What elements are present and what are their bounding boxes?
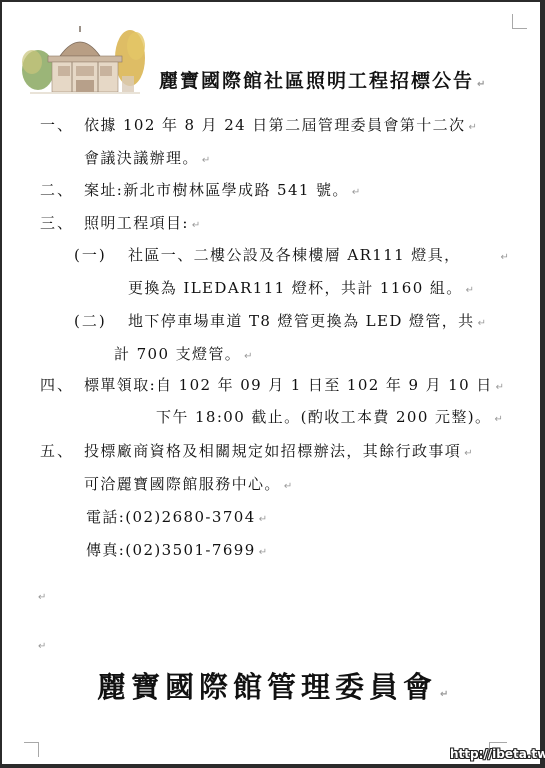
- margin-corner-top-right: [512, 14, 527, 29]
- empty-paragraph: ↵: [38, 635, 48, 653]
- page-title: 麗寶國際館社區照明工程招標公告↵: [159, 66, 487, 93]
- watermark-url: http://ibeta.tw: [450, 747, 545, 761]
- section-number-4: 四、: [40, 374, 74, 395]
- building-illustration-icon: [18, 22, 148, 98]
- section-4-line-1: 標單領取:自 102 年 09 月 1 日至 102 年 9 月 10 日↵: [84, 374, 505, 395]
- section-5-line-2: 可洽麗寶國際館服務中心。↵: [84, 473, 294, 494]
- subitem-2-line-2: 計 700 支燈管。↵: [114, 343, 254, 364]
- contact-phone: 電話:(02)2680-3704↵: [86, 506, 268, 527]
- contact-fax: 傳真:(02)3501-7699↵: [86, 539, 268, 560]
- subitem-2-line-1: 地下停車場車道 T8 燈管更換為 LED 燈管，共↵: [128, 310, 487, 331]
- section-1-line-1: 依據 102 年 8 月 24 日第二屆管理委員會第十二次↵: [84, 114, 478, 135]
- signature-organization: 麗寶國際館管理委員會↵: [97, 665, 453, 706]
- margin-corner-bottom-left: [24, 742, 39, 757]
- subitem-1-line-2: 更換為 ILEDAR111 燈杯，共計 1160 組。↵: [128, 277, 475, 298]
- section-number-2: 二、: [40, 179, 74, 200]
- section-1-line-2: 會議決議辦理。↵: [84, 147, 212, 168]
- document-page: 麗寶國際館社區照明工程招標公告↵ 一、 依據 102 年 8 月 24 日第二屆…: [2, 2, 540, 764]
- section-5-line-1: 投標廠商資格及相關規定如招標辦法，其餘行政事項↵: [84, 440, 474, 461]
- subitem-number-2: (二): [74, 310, 107, 331]
- subitem-number-1: (一): [74, 244, 107, 265]
- empty-paragraph: ↵: [38, 586, 48, 604]
- section-2-line-1: 案址:新北市樹林區學成路 541 號。↵: [84, 179, 362, 200]
- subitem-1-line-1: 社區一、二樓公設及各棟樓層 AR111 燈具，↵: [128, 244, 510, 265]
- section-number-1: 一、: [40, 114, 74, 135]
- section-3-line-1: 照明工程項目:↵: [84, 212, 202, 233]
- section-4-line-2: 下午 18:00 截止。(酌收工本費 200 元整)。↵: [156, 406, 504, 427]
- section-number-5: 五、: [40, 440, 74, 461]
- section-number-3: 三、: [40, 212, 74, 233]
